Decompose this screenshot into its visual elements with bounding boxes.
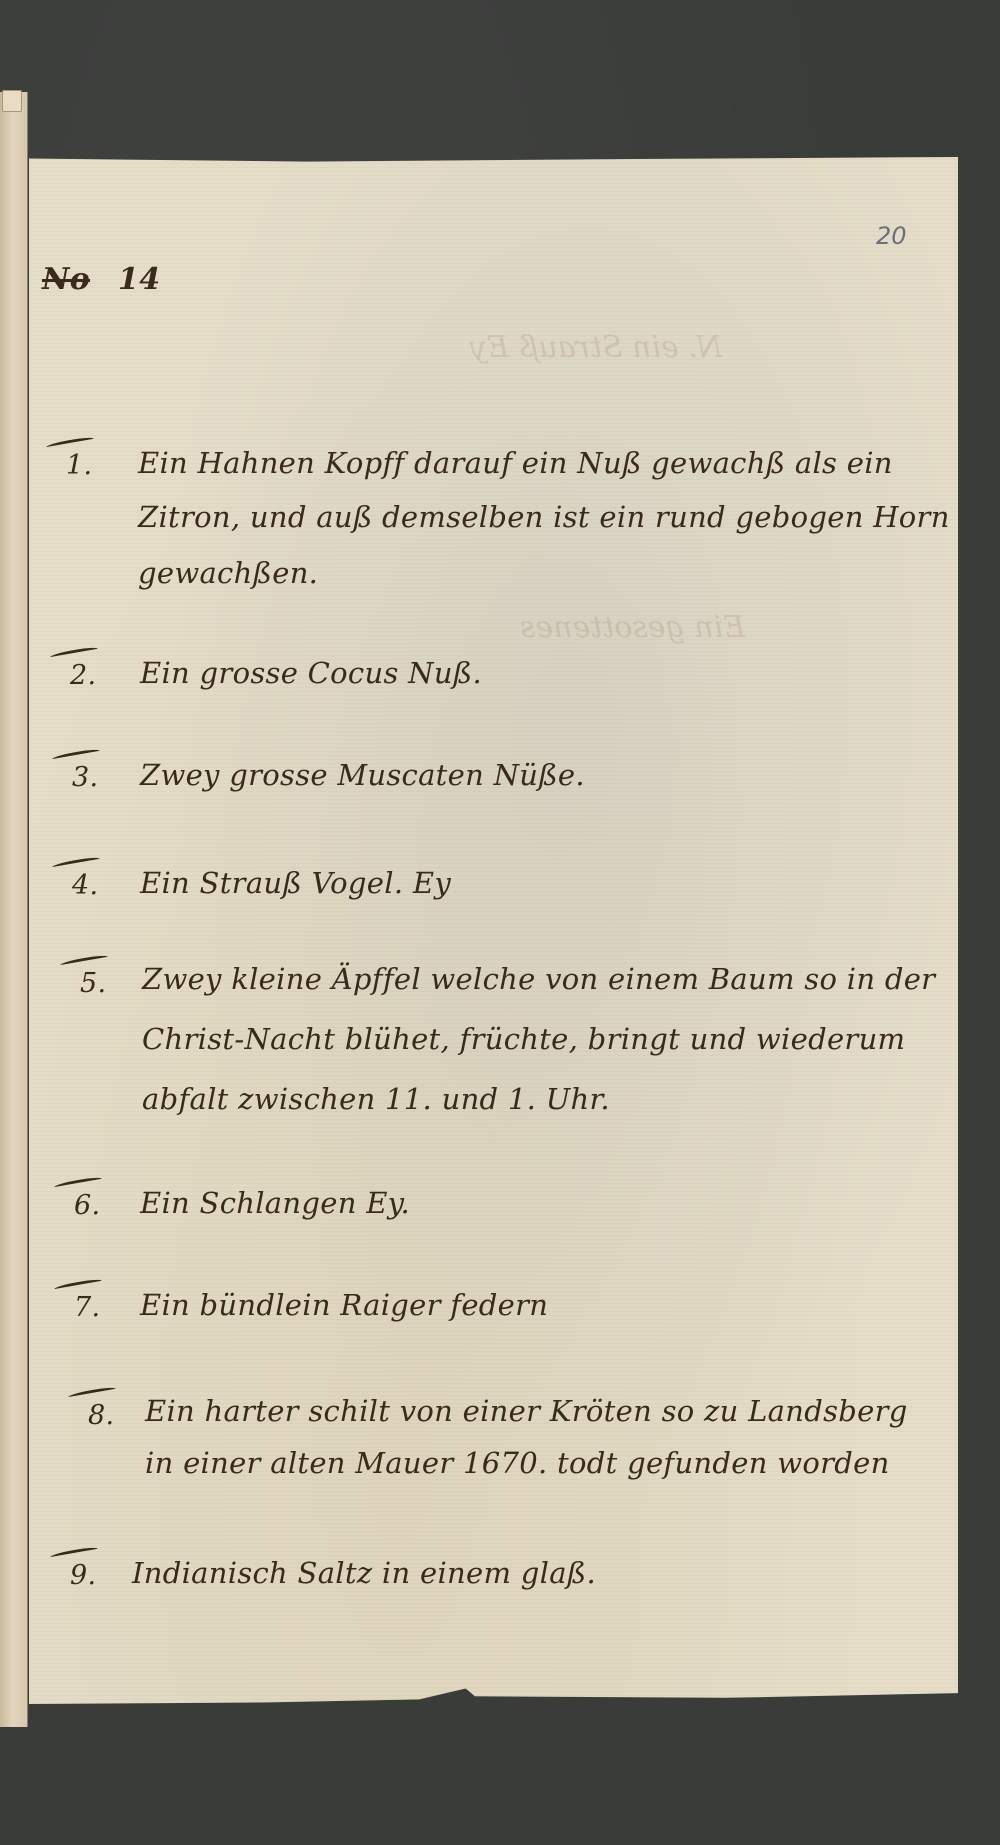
heading-number: 14 bbox=[118, 262, 160, 297]
spine-tab bbox=[2, 90, 22, 112]
entry-number: 7. bbox=[74, 1292, 100, 1323]
entry-number: 1. bbox=[66, 450, 92, 481]
entry-line: Indianisch Saltz in einem glaß. bbox=[132, 1556, 596, 1590]
entry-number: 8. bbox=[88, 1400, 114, 1431]
entry-number: 5. bbox=[80, 968, 106, 999]
entry-line: Ein Schlangen Ey. bbox=[140, 1186, 410, 1220]
entry-line: abfalt zwischen 11. und 1. Uhr. bbox=[142, 1082, 610, 1116]
heading-prefix: No bbox=[42, 262, 90, 297]
entry-line: Ein Strauß Vogel. Ey bbox=[140, 866, 451, 900]
entry-line: Ein harter schilt von einer Kröten so zu… bbox=[145, 1394, 908, 1428]
entry-line: gewachßen. bbox=[138, 556, 318, 590]
inventory-heading: No14 bbox=[42, 262, 160, 297]
entry-number: 9. bbox=[70, 1560, 96, 1591]
entry-line: Ein Hahnen Kopff darauf ein Nuß gewachß … bbox=[138, 446, 893, 480]
folio-number: 20 bbox=[876, 222, 907, 250]
entry-line: in einer alten Mauer 1670. todt gefunden… bbox=[145, 1446, 890, 1480]
entry-line: Zwey grosse Muscaten Nüße. bbox=[140, 758, 585, 792]
entry-line: Christ-Nacht blühet, früchte, bringt und… bbox=[142, 1022, 905, 1056]
binding-spine-strip bbox=[0, 92, 28, 1727]
entry-number: 4. bbox=[72, 870, 98, 901]
entry-line: Ein bündlein Raiger federn bbox=[140, 1288, 548, 1322]
entry-line: Ein grosse Cocus Nuß. bbox=[140, 656, 482, 690]
entry-line: Zitron, und auß demselben ist ein rund g… bbox=[138, 500, 950, 534]
entry-number: 2. bbox=[70, 660, 96, 691]
entry-number: 3. bbox=[72, 762, 98, 793]
entry-line: Zwey kleine Äpffel welche von einem Baum… bbox=[142, 962, 935, 996]
entry-number: 6. bbox=[74, 1190, 100, 1221]
